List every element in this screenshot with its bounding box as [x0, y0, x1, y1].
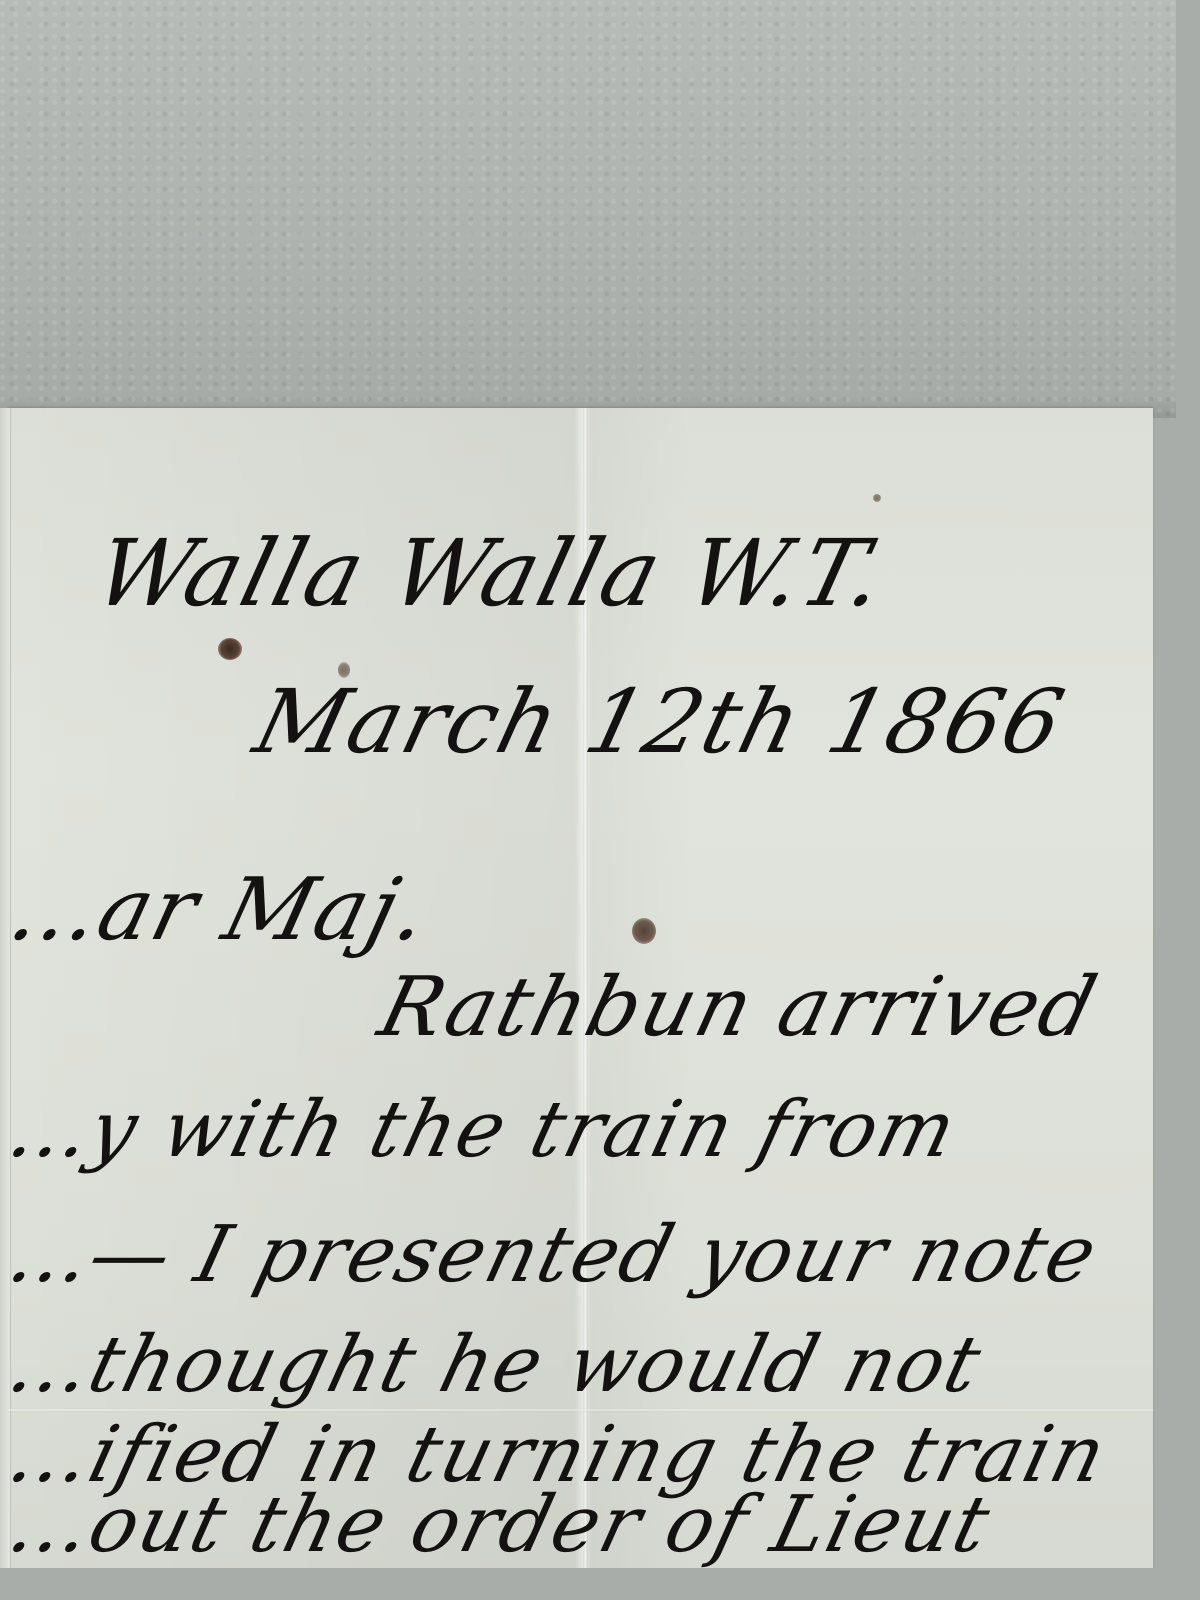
- letter-place-heading: Walla Walla W.T.: [85, 520, 897, 627]
- letter-body-line: …— I presented your note: [0, 1210, 1107, 1300]
- ink-stain: [218, 638, 242, 660]
- ink-stain: [632, 918, 656, 944]
- ink-spot: [873, 494, 881, 502]
- letter-body-line: …y with the train from: [0, 1085, 966, 1175]
- letter-body-line: …out the order of Lieut: [0, 1480, 1000, 1568]
- textured-wall-background: [0, 0, 1176, 420]
- letter-salutation: …ar Maj.: [0, 860, 440, 960]
- letter-body-line: Rathbun arrived: [370, 960, 1107, 1055]
- letter-date: March 12th 1866: [245, 670, 1075, 773]
- letter-body-line: …thought he would not: [0, 1320, 991, 1410]
